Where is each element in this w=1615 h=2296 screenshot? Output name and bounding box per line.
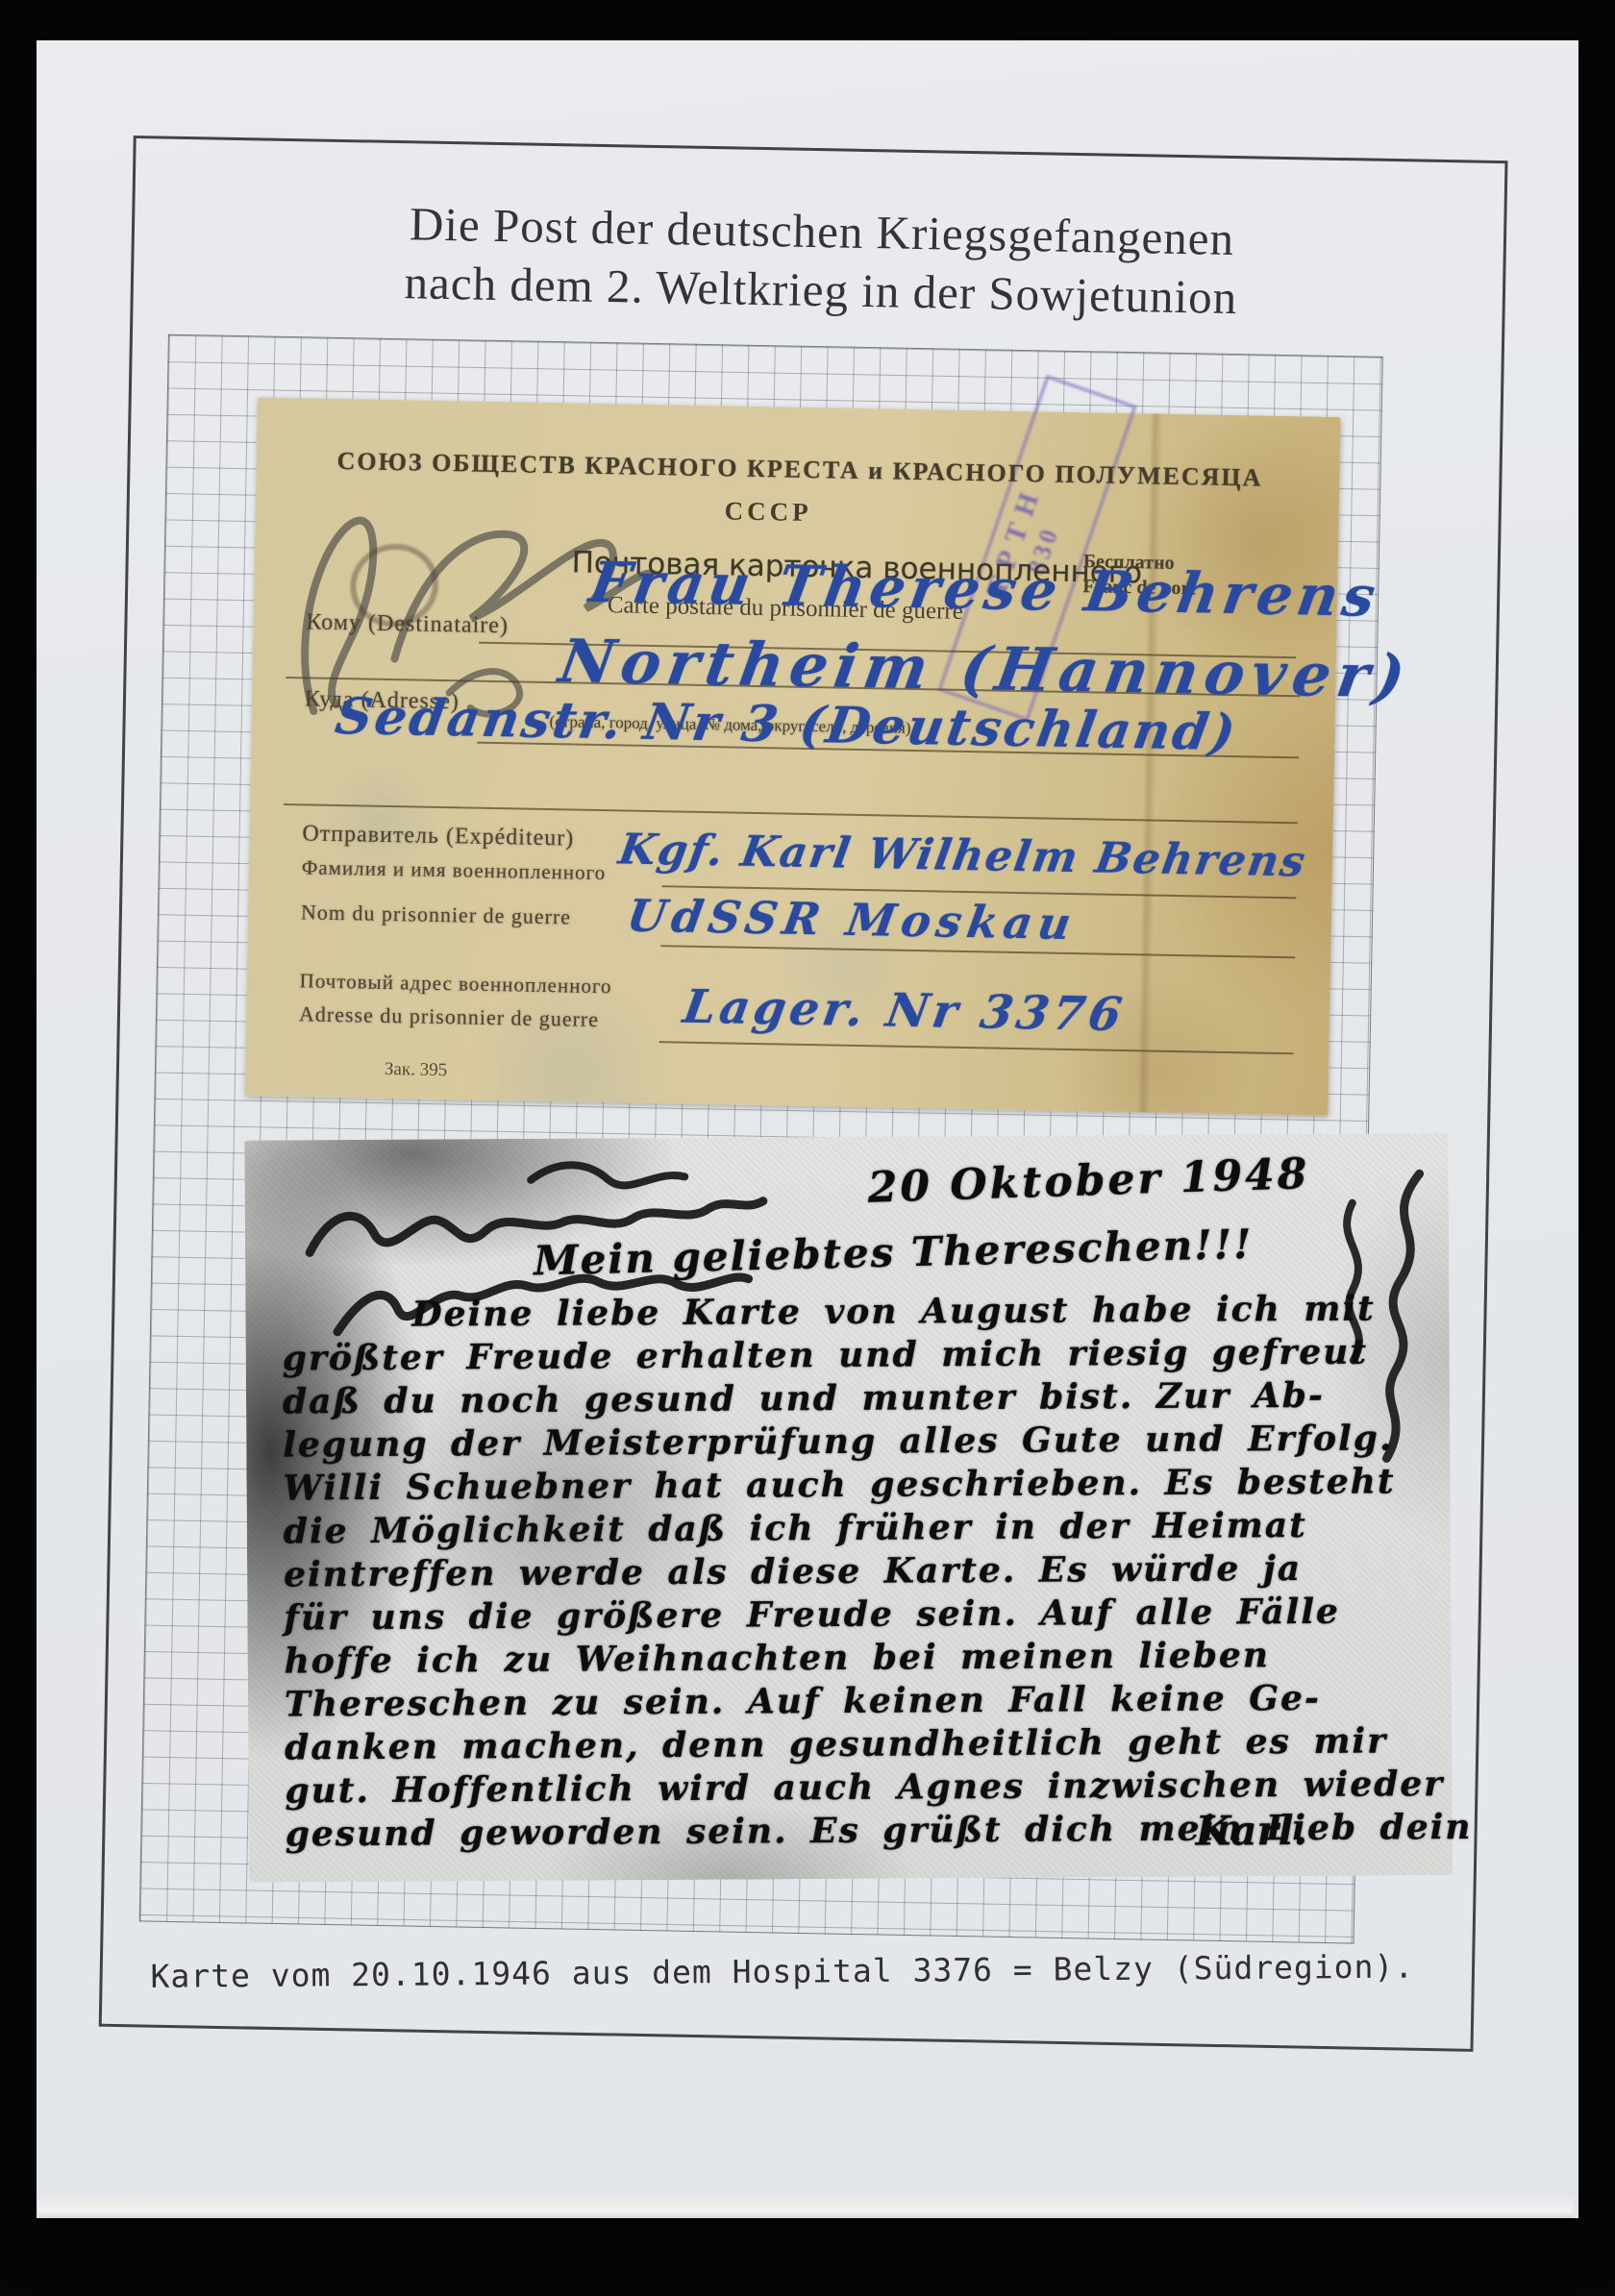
letter-line: die Möglichkeit daß ich früher in der He… bbox=[284, 1503, 1471, 1554]
pow-address-label-russian: Почтовый адрес военнопленного bbox=[299, 969, 611, 999]
letter-line: für uns die größere Freude sein. Auf all… bbox=[284, 1590, 1471, 1641]
page-content: Die Post der deutschen Kriegsgefangenen … bbox=[14, 26, 1596, 2232]
letter-line: Thereschen zu sein. Auf keinen Fall kein… bbox=[285, 1676, 1472, 1727]
letter-photocopy: 20 Oktober 1948 Mein geliebtes Theresche… bbox=[244, 1133, 1453, 1883]
letter-signature: Karl. bbox=[1196, 1807, 1308, 1855]
letter-line: Willi Schuebner hat auch geschrieben. Es… bbox=[283, 1460, 1470, 1511]
letter-line: danken machen, denn gesundheitlich geht … bbox=[285, 1719, 1472, 1770]
handwritten-sender: Kgf. Karl Wilhelm Behrens bbox=[615, 825, 1310, 886]
sender-sublabel-french: Nom du prisonnier de guerre bbox=[301, 900, 572, 929]
handwritten-sender-location: UdSSR Moskau bbox=[624, 890, 1081, 950]
pow-postcard: ТРТН 830 СОЮЗ ОБЩЕСТВ КРАСНОГО КРЕСТА и … bbox=[244, 397, 1340, 1116]
ruled-line bbox=[284, 803, 1298, 824]
handwritten-camp-number: Lager. Nr 3376 bbox=[680, 980, 1130, 1042]
letter-line: Deine liebe Karte von August habe ich mi… bbox=[282, 1287, 1469, 1338]
letter-line: eintreffen werde als diese Karte. Es wür… bbox=[284, 1546, 1471, 1597]
album-page: Die Post der deutschen Kriegsgefangenen … bbox=[37, 40, 1578, 2218]
letter-line: gut. Hoffentlich wird auch Agnes inzwisc… bbox=[285, 1763, 1472, 1814]
letter-body: Deine liebe Karte von August habe ich mi… bbox=[282, 1287, 1472, 1857]
form-number: Зак. 395 bbox=[385, 1059, 448, 1081]
letter-line: hoffe ich zu Weihnachten bei meinen lieb… bbox=[285, 1633, 1472, 1684]
letter-line: legung der Meisterprüfung alles Gute und… bbox=[283, 1417, 1470, 1468]
sender-sublabel-russian: Фамилия и имя военнопленного bbox=[302, 855, 607, 885]
photo-background: Die Post der deutschen Kriegsgefangenen … bbox=[0, 0, 1615, 2296]
sender-label-russian: Отправитель (Expéditeur) bbox=[302, 821, 574, 852]
letter-date: 20 Oktober 1948 bbox=[867, 1149, 1310, 1213]
pow-address-label-french: Adresse du prisonnier de guerre bbox=[299, 1001, 599, 1032]
to-label: Кому (Destinataire) bbox=[306, 609, 509, 639]
letter-line: größter Freude erhalten und mich riesig … bbox=[283, 1330, 1470, 1381]
ruled-line bbox=[659, 1041, 1294, 1054]
letter-line: daß du noch gesund und munter bist. Zur … bbox=[283, 1373, 1470, 1424]
